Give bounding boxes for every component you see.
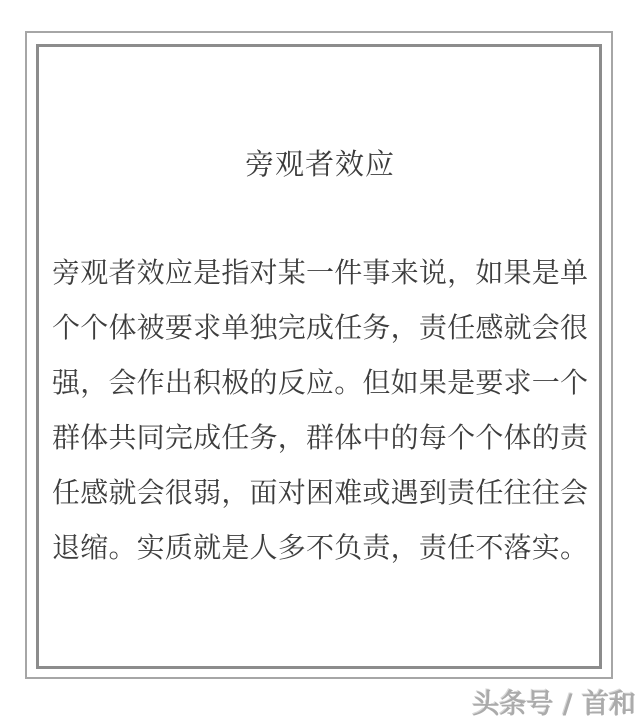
text-line: 强，会作出积极的反应。但如果是要求一个 xyxy=(52,355,588,410)
page-canvas: 旁观者效应 旁观者效应是指对某一件事来说，如果是单 个个体被要求单独完成任务，责… xyxy=(0,0,640,724)
page-title: 旁观者效应 xyxy=(40,147,600,181)
text-line: 退缩。实质就是人多不负责，责任不落实。 xyxy=(52,520,588,575)
text-line: 任感就会很弱，面对困难或遇到责任往往会 xyxy=(52,465,588,520)
text-line: 旁观者效应是指对某一件事来说，如果是单 xyxy=(52,245,588,300)
text-line: 个个体被要求单独完成任务，责任感就会很 xyxy=(52,300,588,355)
body-text: 旁观者效应是指对某一件事来说，如果是单 个个体被要求单独完成任务，责任感就会很 … xyxy=(52,245,588,575)
watermark-toutiao: 头条号 / 首和 xyxy=(472,689,636,721)
text-line: 群体共同完成任务，群体中的每个个体的责 xyxy=(52,410,588,465)
